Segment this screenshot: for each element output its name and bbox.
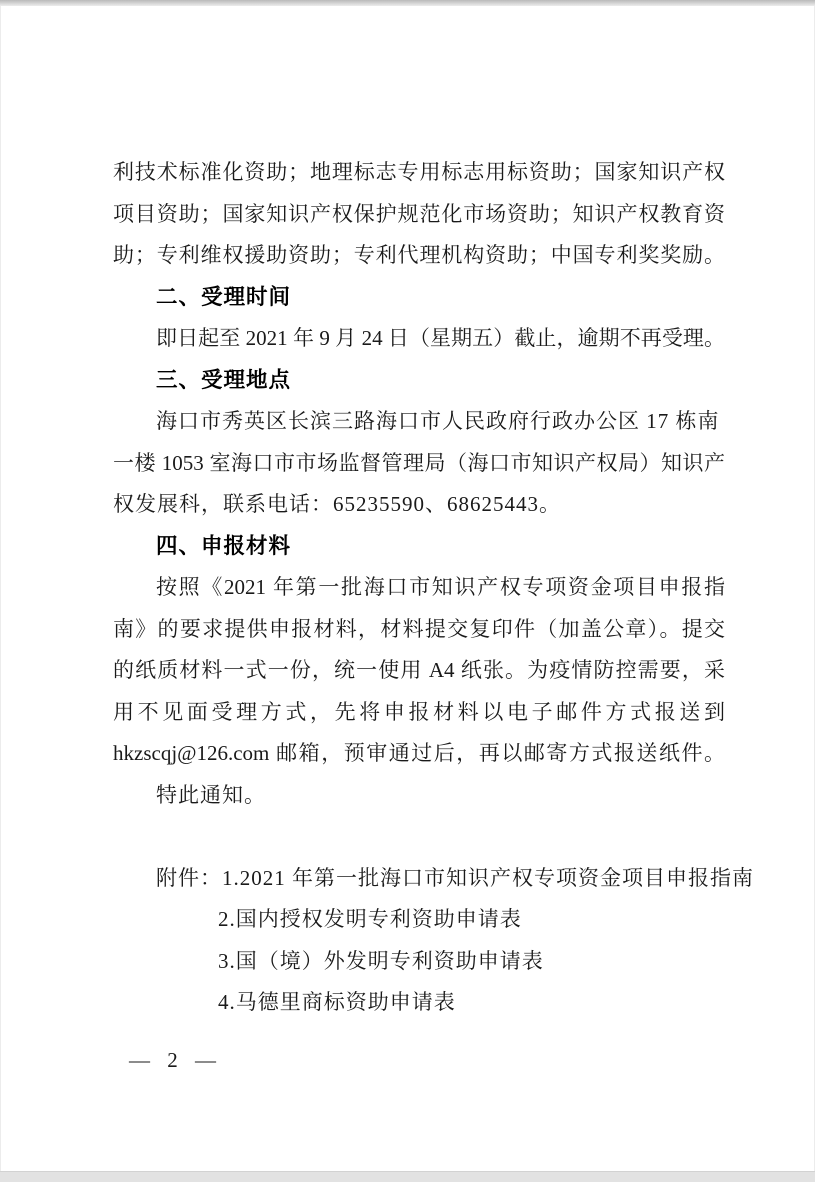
blank-line bbox=[113, 816, 725, 858]
attachment-line: 3.国（境）外发明专利资助申请表 bbox=[113, 941, 725, 983]
document-line: 项目资助；国家知识产权保护规范化市场资助；知识产权教育资 bbox=[113, 194, 725, 236]
document-line: 特此通知。 bbox=[113, 775, 725, 817]
document-body: 利技术标准化资助；地理标志专用标志用标资助；国家知识产权项目资助；国家知识产权保… bbox=[113, 152, 725, 1024]
document-line: hkzscqj@126.com 邮箱，预审通过后，再以邮寄方式报送纸件。 bbox=[113, 733, 725, 775]
page-number: — 2 — bbox=[129, 1048, 218, 1072]
document-line: 按照《2021 年第一批海口市知识产权专项资金项目申报指 bbox=[113, 567, 725, 609]
document-line: 助；专利维权援助资助；专利代理机构资助；中国专利奖奖励。 bbox=[113, 235, 725, 277]
document-line: 一楼 1053 室海口市市场监督管理局（海口市知识产权局）知识产 bbox=[113, 443, 725, 485]
document-line: 附件：1.2021 年第一批海口市知识产权专项资金项目申报指南 bbox=[113, 858, 725, 900]
section-heading: 四、申报材料 bbox=[113, 526, 725, 568]
document-line: 利技术标准化资助；地理标志专用标志用标资助；国家知识产权 bbox=[113, 152, 725, 194]
attachment-line: 4.马德里商标资助申请表 bbox=[113, 982, 725, 1024]
section-heading: 二、受理时间 bbox=[113, 277, 725, 319]
document-line: 海口市秀英区长滨三路海口市人民政府行政办公区 17 栋南 bbox=[113, 401, 725, 443]
document-line: 权发展科，联系电话：65235590、68625443。 bbox=[113, 484, 725, 526]
document-line: 的纸质材料一式一份，统一使用 A4 纸张。为疫情防控需要，采 bbox=[113, 650, 725, 692]
document-line: 即日起至 2021 年 9 月 24 日（星期五）截止，逾期不再受理。 bbox=[113, 318, 725, 360]
document-page: 利技术标准化资助；地理标志专用标志用标资助；国家知识产权项目资助；国家知识产权保… bbox=[0, 6, 815, 1171]
attachment-line: 2.国内授权发明专利资助申请表 bbox=[113, 899, 725, 941]
document-viewer: 利技术标准化资助；地理标志专用标志用标资助；国家知识产权项目资助；国家知识产权保… bbox=[0, 0, 815, 1182]
page-bottom-edge bbox=[0, 1171, 815, 1182]
document-line: 南》的要求提供申报材料，材料提交复印件（加盖公章）。提交 bbox=[113, 609, 725, 651]
document-line: 用不见面受理方式，先将申报材料以电子邮件方式报送到 bbox=[113, 692, 725, 734]
section-heading: 三、受理地点 bbox=[113, 360, 725, 402]
